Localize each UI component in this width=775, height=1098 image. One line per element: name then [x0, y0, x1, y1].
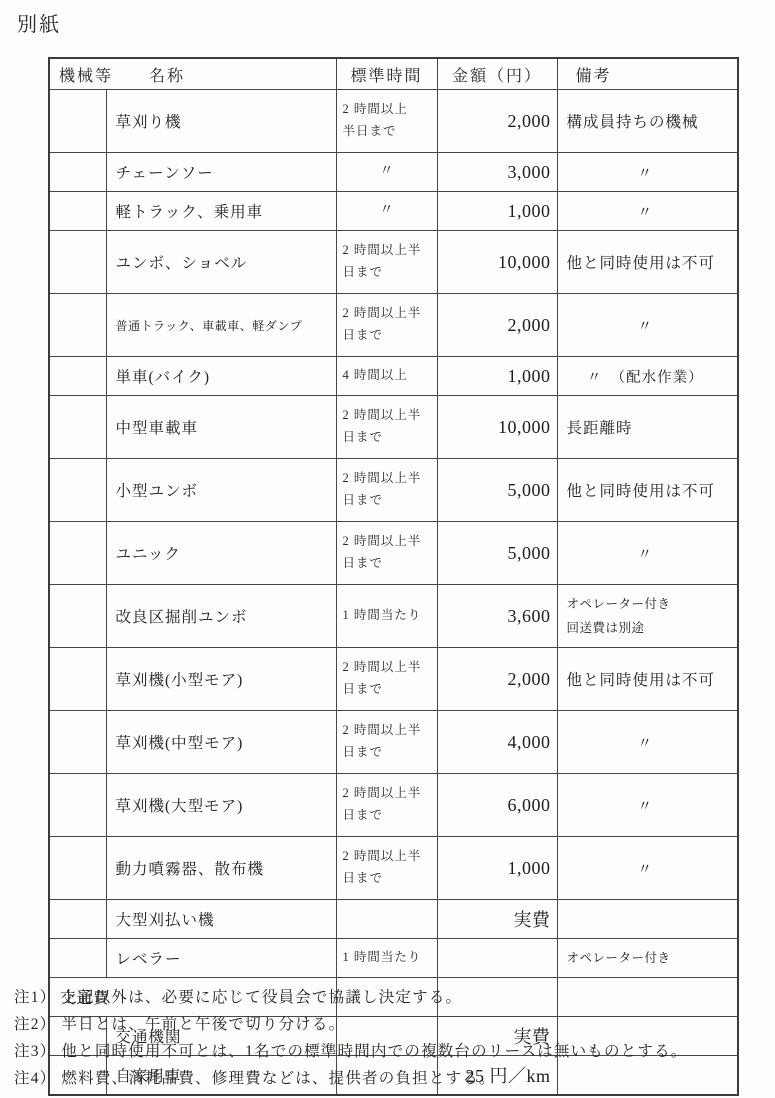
table-row: チェーンソー 〃 3,000 〃	[49, 153, 738, 192]
table-row: ユニック 2 時間以上半日まで 5,000 〃	[49, 522, 738, 585]
standard-time-cell: 2 時間以上半日まで	[336, 774, 437, 837]
indent-cell	[49, 522, 106, 585]
remarks-cell: 他と同時使用は不可	[557, 648, 738, 711]
amount-cell: 実費	[437, 900, 557, 939]
table-row: 草刈機(小型モア) 2 時間以上半日まで 2,000 他と同時使用は不可	[49, 648, 738, 711]
indent-cell	[49, 939, 106, 978]
table-row: 草刈り機 2 時間以上半日まで 2,000 構成員持ちの機械	[49, 90, 738, 153]
standard-time-cell: 2 時間以上半日まで	[336, 648, 437, 711]
machinery-name-cell: レベラー	[106, 939, 336, 978]
indent-cell	[49, 900, 106, 939]
table-row: 改良区掘削ユンボ 1 時間当たり 3,600 オペレーター付き回送費は別途	[49, 585, 738, 648]
indent-cell	[49, 231, 106, 294]
standard-time-cell: 1 時間当たり	[336, 585, 437, 648]
remarks-cell: 構成員持ちの機械	[557, 90, 738, 153]
table-row: レベラー 1 時間当たり オペレーター付き	[49, 939, 738, 978]
header-amount: 金額（円）	[437, 58, 557, 90]
note-line: 注2） 半日とは、午前と午後で切り分ける。	[14, 1011, 754, 1038]
standard-time-cell: 2 時間以上半日まで	[336, 231, 437, 294]
indent-cell	[49, 459, 106, 522]
standard-time-cell: 1 時間当たり	[336, 939, 437, 978]
amount-cell	[437, 939, 557, 978]
remarks-cell: 〃	[557, 153, 738, 192]
remarks-cell: 〃 （配水作業）	[557, 357, 738, 396]
machinery-rate-table: 機械等 名称 標準時間 金額（円） 備考 草刈り機 2 時間以上半日まで 2,0…	[48, 57, 739, 1096]
footnotes: 注1） 上記以外は、必要に応じて役員会で協議し決定する。注2） 半日とは、午前と…	[14, 984, 754, 1092]
document-page: 別紙 機械等 名称 標準時間 金額（円） 備考 草刈り機 2 時間以上半日まで …	[0, 0, 775, 1098]
amount-cell: 3,000	[437, 153, 557, 192]
amount-cell: 4,000	[437, 711, 557, 774]
indent-cell	[49, 648, 106, 711]
amount-cell: 2,000	[437, 90, 557, 153]
table-row: 大型刈払い機 実費	[49, 900, 738, 939]
amount-cell: 3,600	[437, 585, 557, 648]
standard-time-cell: 2 時間以上半日まで	[336, 459, 437, 522]
note-line: 注4） 燃料費、消耗品費、修理費などは、提供者の負担とする。	[14, 1065, 754, 1092]
machinery-name-cell: ユンボ、ショベル	[106, 231, 336, 294]
header-remarks: 備考	[557, 58, 738, 90]
standard-time-cell: 2 時間以上半日まで	[336, 711, 437, 774]
indent-cell	[49, 837, 106, 900]
indent-cell	[49, 774, 106, 837]
table-row: 動力噴霧器、散布機 2 時間以上半日まで 1,000 〃	[49, 837, 738, 900]
machinery-name-cell: 動力噴霧器、散布機	[106, 837, 336, 900]
indent-cell	[49, 357, 106, 396]
table-row: 軽トラック、乗用車 〃 1,000 〃	[49, 192, 738, 231]
machinery-name-cell: 軽トラック、乗用車	[106, 192, 336, 231]
note-line: 注3） 他と同時使用不可とは、1名での標準時間内での複数台のリースは無いものとす…	[14, 1038, 754, 1065]
machinery-name-cell: 草刈機(小型モア)	[106, 648, 336, 711]
table-row: 単車(バイク) 4 時間以上 1,000 〃 （配水作業）	[49, 357, 738, 396]
remarks-cell: オペレーター付き	[557, 939, 738, 978]
machinery-name-cell: チェーンソー	[106, 153, 336, 192]
amount-cell: 1,000	[437, 192, 557, 231]
indent-cell	[49, 396, 106, 459]
table-header-row: 機械等 名称 標準時間 金額（円） 備考	[49, 58, 738, 90]
remarks-cell: 〃	[557, 711, 738, 774]
table-row: 草刈機(大型モア) 2 時間以上半日まで 6,000 〃	[49, 774, 738, 837]
amount-cell: 2,000	[437, 648, 557, 711]
indent-cell	[49, 192, 106, 231]
table-row: 小型ユンボ 2 時間以上半日まで 5,000 他と同時使用は不可	[49, 459, 738, 522]
amount-cell: 6,000	[437, 774, 557, 837]
machinery-name-cell: 単車(バイク)	[106, 357, 336, 396]
header-standard-time: 標準時間	[336, 58, 437, 90]
amount-cell: 1,000	[437, 837, 557, 900]
machinery-name-cell: ユニック	[106, 522, 336, 585]
table-row: ユンボ、ショベル 2 時間以上半日まで 10,000 他と同時使用は不可	[49, 231, 738, 294]
standard-time-cell: 2 時間以上半日まで	[336, 522, 437, 585]
remarks-cell: 他と同時使用は不可	[557, 231, 738, 294]
machinery-name-cell: 草刈機(大型モア)	[106, 774, 336, 837]
remarks-cell: 〃	[557, 192, 738, 231]
remarks-cell: 他と同時使用は不可	[557, 459, 738, 522]
amount-cell: 10,000	[437, 231, 557, 294]
amount-cell: 5,000	[437, 522, 557, 585]
machinery-name-cell: 草刈り機	[106, 90, 336, 153]
note-line: 注1） 上記以外は、必要に応じて役員会で協議し決定する。	[14, 984, 754, 1011]
remarks-cell: 〃	[557, 294, 738, 357]
standard-time-cell: 2 時間以上半日まで	[336, 294, 437, 357]
header-machinery-name: 機械等 名称	[49, 58, 336, 90]
indent-cell	[49, 90, 106, 153]
amount-cell: 10,000	[437, 396, 557, 459]
standard-time-cell: 4 時間以上	[336, 357, 437, 396]
remarks-cell: オペレーター付き回送費は別途	[557, 585, 738, 648]
standard-time-cell: 〃	[336, 153, 437, 192]
machinery-name-cell: 大型刈払い機	[106, 900, 336, 939]
remarks-cell: 〃	[557, 837, 738, 900]
amount-cell: 1,000	[437, 357, 557, 396]
rate-table-body: 草刈り機 2 時間以上半日まで 2,000 構成員持ちの機械 チェーンソー 〃 …	[49, 90, 738, 1096]
standard-time-cell	[336, 900, 437, 939]
standard-time-cell: 2 時間以上半日まで	[336, 837, 437, 900]
standard-time-cell: 〃	[336, 192, 437, 231]
indent-cell	[49, 711, 106, 774]
amount-cell: 2,000	[437, 294, 557, 357]
table-row: 普通トラック、車載車、軽ダンプ 2 時間以上半日まで 2,000 〃	[49, 294, 738, 357]
remarks-cell	[557, 900, 738, 939]
machinery-name-cell: 改良区掘削ユンボ	[106, 585, 336, 648]
remarks-cell: 長距離時	[557, 396, 738, 459]
remarks-cell: 〃	[557, 774, 738, 837]
table-row: 草刈機(中型モア) 2 時間以上半日まで 4,000 〃	[49, 711, 738, 774]
machinery-name-cell: 中型車載車	[106, 396, 336, 459]
standard-time-cell: 2 時間以上半日まで	[336, 90, 437, 153]
indent-cell	[49, 153, 106, 192]
machinery-name-cell: 草刈機(中型モア)	[106, 711, 336, 774]
page-title: 別紙	[17, 8, 61, 37]
amount-cell: 5,000	[437, 459, 557, 522]
machinery-name-cell: 小型ユンボ	[106, 459, 336, 522]
table-row: 中型車載車 2 時間以上半日まで 10,000 長距離時	[49, 396, 738, 459]
machinery-name-cell: 普通トラック、車載車、軽ダンプ	[106, 294, 336, 357]
indent-cell	[49, 585, 106, 648]
remarks-cell: 〃	[557, 522, 738, 585]
standard-time-cell: 2 時間以上半日まで	[336, 396, 437, 459]
indent-cell	[49, 294, 106, 357]
